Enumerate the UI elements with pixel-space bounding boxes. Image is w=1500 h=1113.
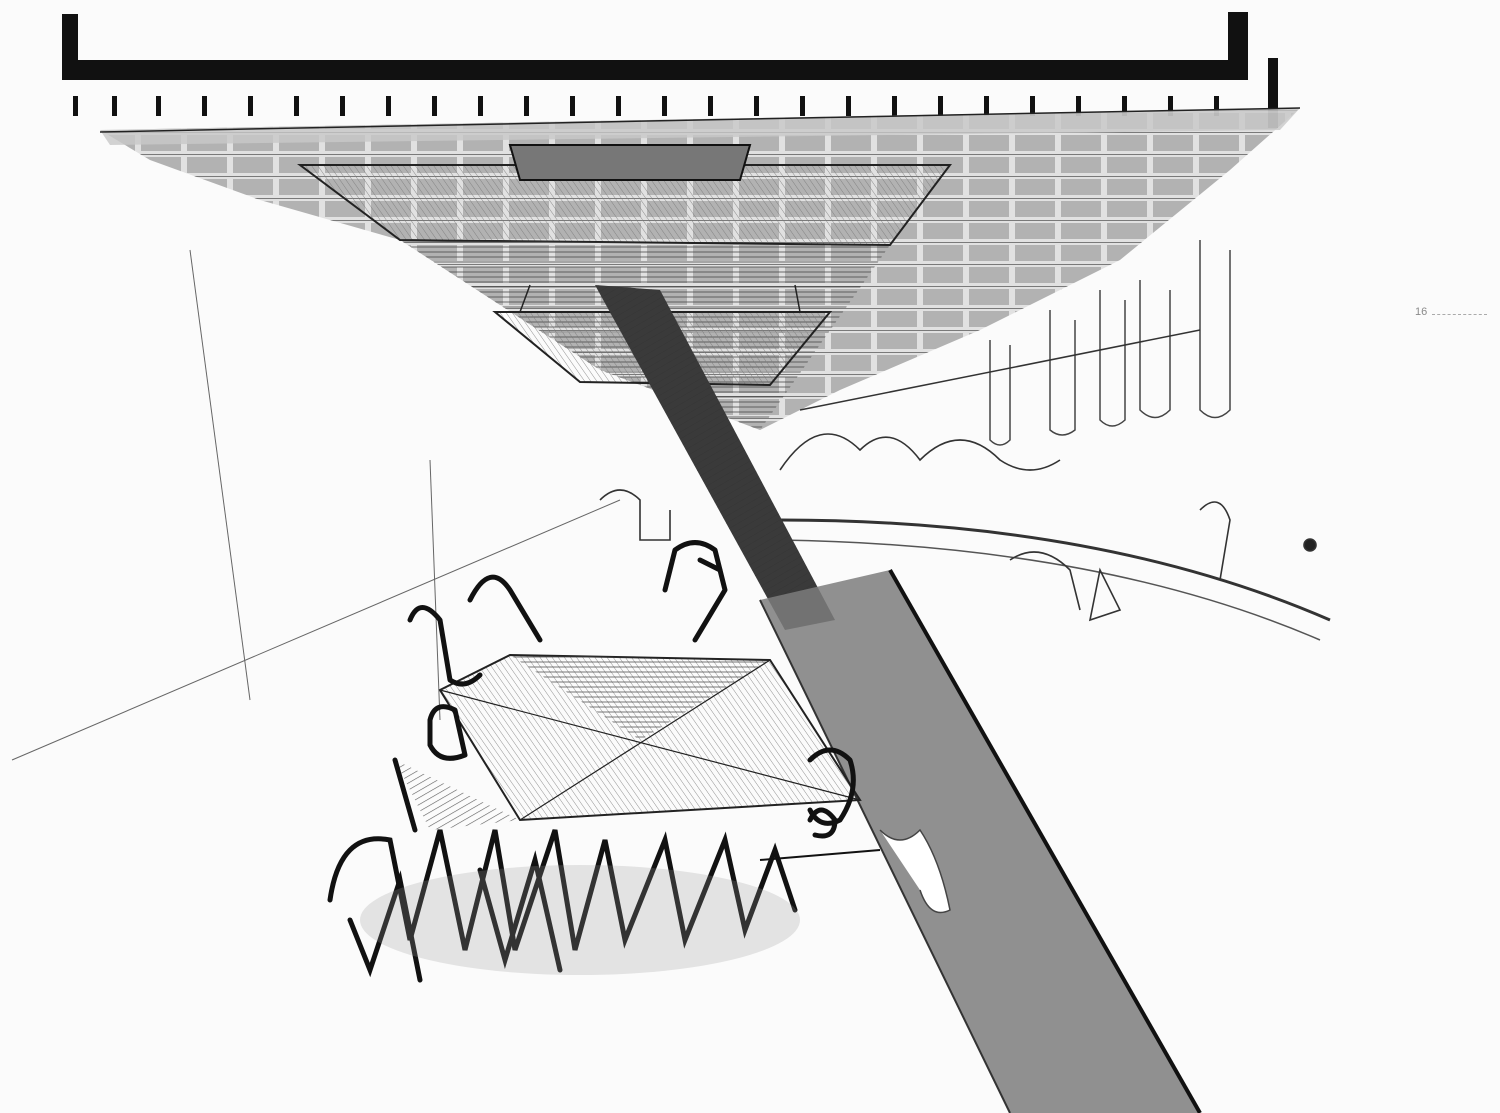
foreground-smudge [360, 830, 950, 975]
architectural-sketch [0, 0, 1500, 1113]
ceiling-frame [62, 12, 1278, 128]
page-number: 16 [1415, 306, 1427, 318]
page-number-dash [1432, 314, 1487, 315]
